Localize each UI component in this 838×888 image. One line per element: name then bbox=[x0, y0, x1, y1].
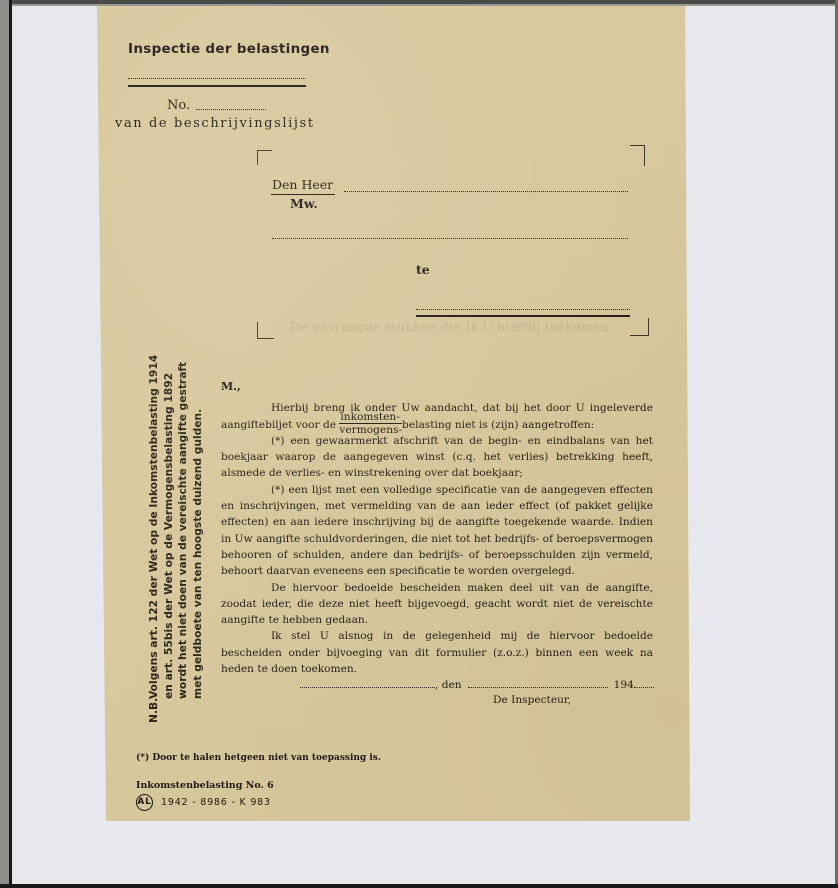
date-blank bbox=[468, 687, 608, 688]
nb-label: N.B. bbox=[147, 699, 162, 723]
scanner-edge-left bbox=[0, 0, 9, 888]
legal-note-line: N.B.Volgens art. 122 der Wet op de Inkom… bbox=[147, 363, 162, 723]
legal-note-line: met geldboete van ten hoogste duizend gu… bbox=[191, 363, 206, 723]
year-blank bbox=[634, 687, 654, 688]
form-paper: Inspectie der belastingen No. van de bes… bbox=[0, 0, 838, 888]
addressee-address-blank bbox=[272, 238, 628, 239]
list-label: van de beschrijvingslijst bbox=[115, 116, 315, 131]
scanner-edge-bottom bbox=[0, 884, 838, 888]
salutation-mw: Mw. bbox=[290, 196, 318, 211]
item-balance-sheet: (*) een gewaarmerkt afschrift van de beg… bbox=[221, 433, 653, 482]
tax-type-choice: inkomsten-vermogens- bbox=[339, 411, 402, 436]
legal-note-line: en art. 55bis der Wet op de Vermogensbel… bbox=[162, 363, 177, 723]
office-title: Inspectie der belastingen bbox=[128, 41, 330, 57]
place-blank bbox=[416, 309, 630, 310]
addressee-name-blank bbox=[344, 191, 628, 192]
item-securities-list: (*) een lijst met een volledige specific… bbox=[221, 482, 653, 580]
print-code: AL1942 - 8986 - K 983 bbox=[136, 794, 271, 811]
address-corner-top-left bbox=[257, 150, 272, 165]
scanner-edge-top-inner bbox=[0, 4, 838, 6]
scanner-edge-left-dark bbox=[9, 0, 12, 888]
place-solid-rule bbox=[416, 315, 630, 317]
footnote: (*) Door te halen hetgeen niet van toepa… bbox=[136, 753, 381, 763]
bleed-through-text: De gevraagde stukken die Ik U hierbij to… bbox=[290, 320, 609, 334]
place-date-line: , den194 bbox=[300, 679, 654, 691]
letter-body: M., Hierbij breng ik onder Uw aandacht, … bbox=[221, 379, 653, 677]
signature-label: De Inspecteur, bbox=[493, 694, 571, 706]
address-corner-bottom-left bbox=[257, 322, 274, 339]
legal-note: N.B.Volgens art. 122 der Wet op de Inkom… bbox=[147, 363, 205, 723]
list-number-label: No. bbox=[167, 98, 190, 113]
legal-note-line: wordt het niet doen van de vereischte aa… bbox=[176, 363, 191, 723]
place-blank-signature bbox=[300, 687, 435, 688]
office-solid-rule bbox=[128, 85, 306, 87]
list-number-blank bbox=[196, 109, 266, 110]
office-dotted-rule bbox=[128, 78, 306, 79]
printer-logo-icon: AL bbox=[136, 794, 153, 811]
address-corner-bottom-right bbox=[630, 318, 649, 336]
salutation-den-heer: Den Heer bbox=[272, 177, 333, 192]
place-label: te bbox=[416, 262, 430, 277]
letter-salutation: M., bbox=[221, 379, 653, 395]
form-id: Inkomstenbelasting No. 6 bbox=[136, 780, 274, 791]
paragraph-documents: De hiervoor bedoelde bescheiden maken de… bbox=[221, 580, 653, 629]
address-corner-top-right bbox=[630, 145, 645, 166]
paragraph-deadline: Ik stel U alsnog in de gelegenheid mij d… bbox=[221, 628, 653, 677]
salutation-divider bbox=[271, 194, 335, 195]
paragraph-intro: Hierbij breng ik onder Uw aandacht, dat … bbox=[221, 400, 653, 433]
